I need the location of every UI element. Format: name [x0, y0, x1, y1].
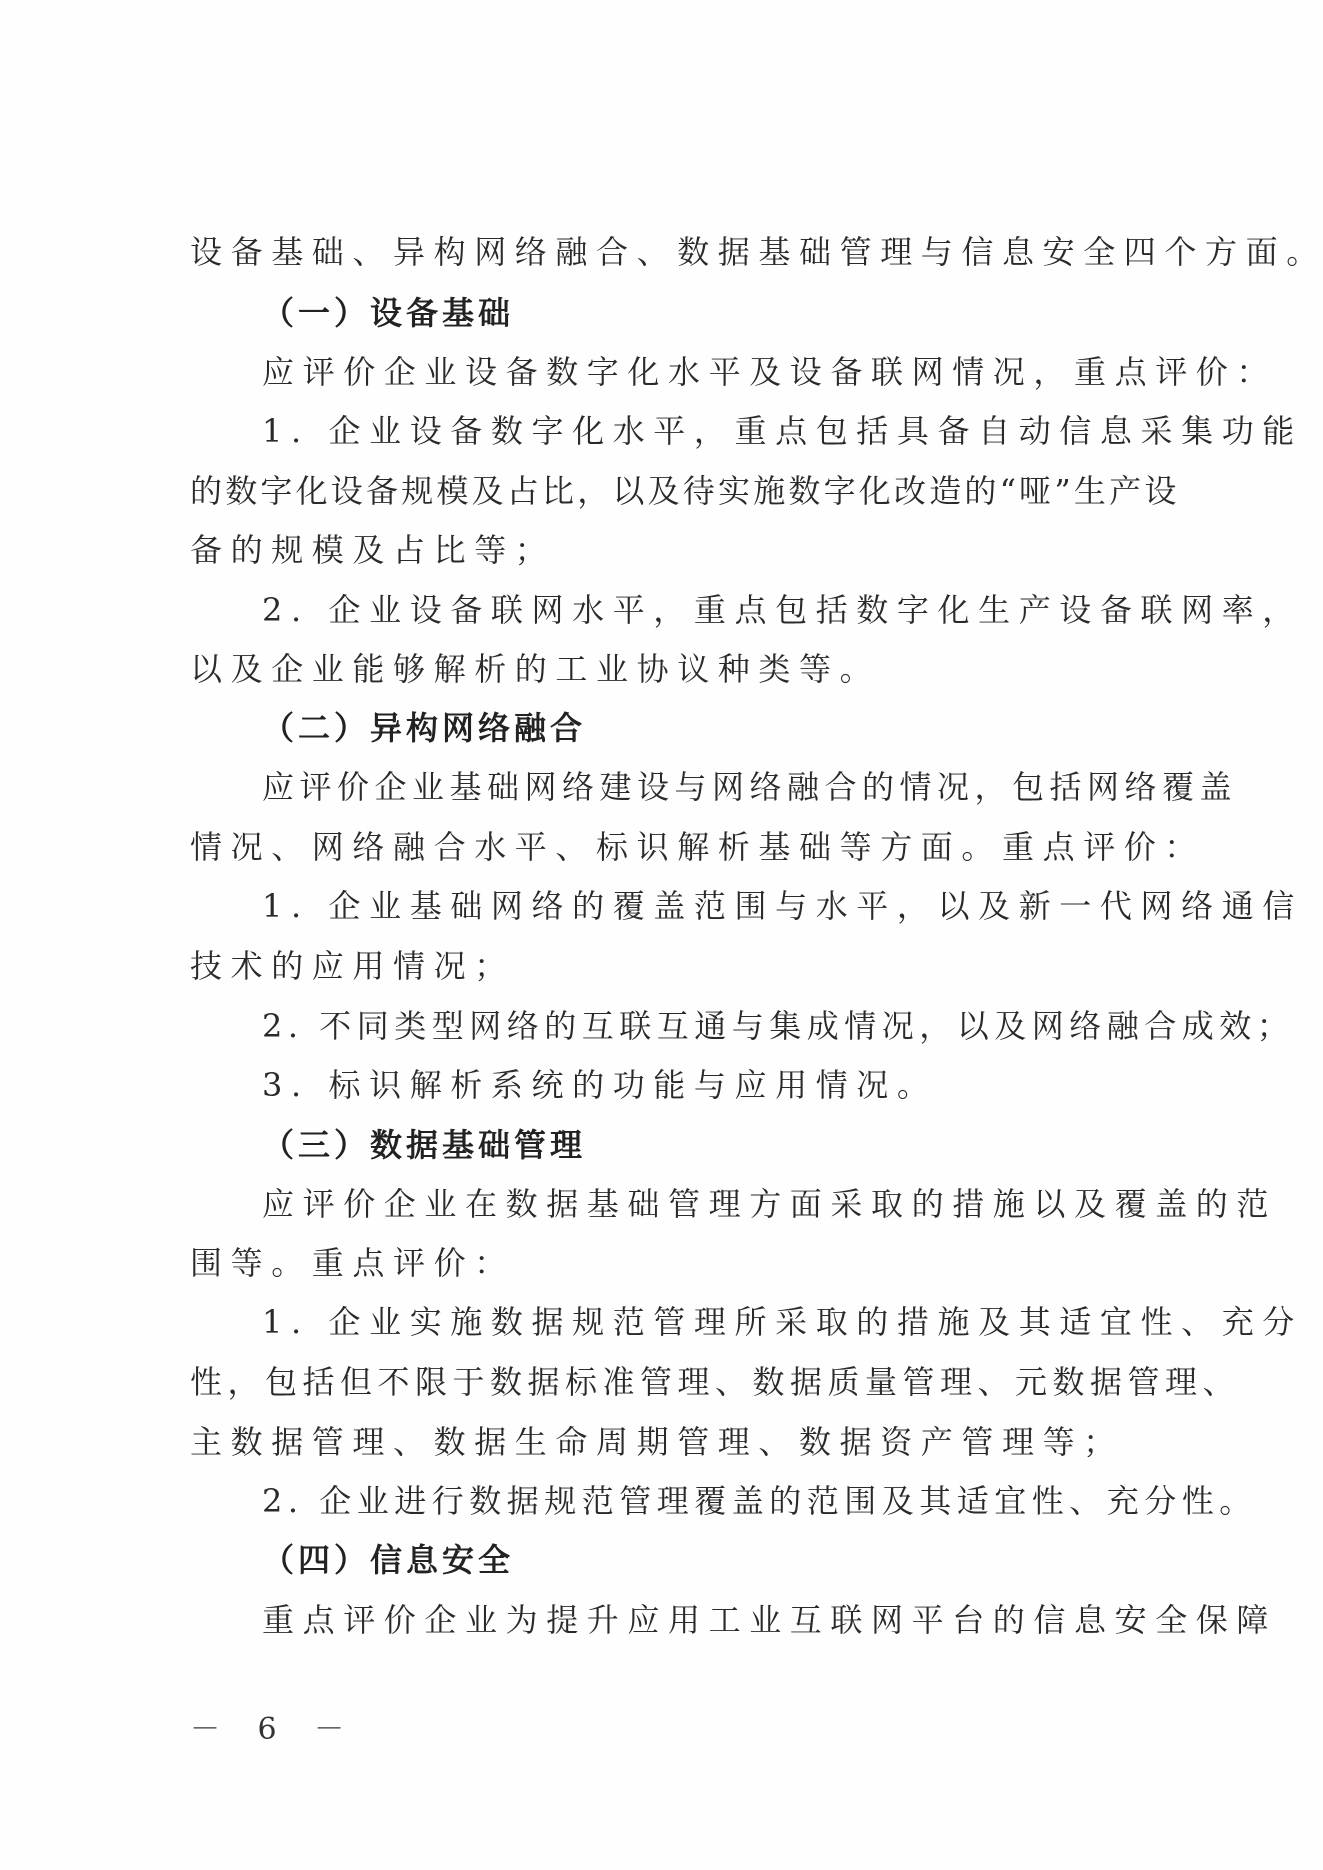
paragraph-line: 备的规模及占比等； — [190, 530, 555, 570]
paragraph-line: 重点评价企业为提升应用工业互联网平台的信息安全保障 — [262, 1600, 1277, 1640]
section-heading-network: （二）异构网络融合 — [262, 708, 586, 748]
paragraph-line: 性，包括但不限于数据标准管理、数据质量管理、元数据管理、 — [190, 1362, 1240, 1402]
list-item-line: 2. 企业进行数据规范管理覆盖的范围及其适宜性、充分性。 — [262, 1481, 1257, 1521]
list-item-line: 3. 标识解析系统的功能与应用情况。 — [262, 1065, 938, 1105]
paragraph-line: 围等。重点评价： — [190, 1243, 515, 1283]
list-item-line: 2. 企业设备联网水平，重点包括数字化生产设备联网率， — [262, 590, 1303, 630]
list-item-line: 2. 不同类型网络的互联互通与集成情况，以及网络融合成效； — [262, 1006, 1294, 1046]
paragraph-line: 的数字化设备规模及占比，以及待实施数字化改造的“哑”生产设 — [190, 471, 1180, 511]
paragraph-line: 以及企业能够解析的工业协议种类等。 — [190, 649, 880, 689]
section-heading-security: （四）信息安全 — [262, 1540, 514, 1580]
list-item-line: 1. 企业基础网络的覆盖范围与水平，以及新一代网络通信 — [262, 886, 1303, 926]
paragraph-line: 情况、网络融合水平、标识解析基础等方面。重点评价： — [190, 827, 1205, 867]
paragraph-line: 应评价企业设备数字化水平及设备联网情况，重点评价： — [262, 352, 1277, 392]
paragraph-line: 应评价企业在数据基础管理方面采取的措施以及覆盖的范 — [262, 1184, 1277, 1224]
section-heading-equipment: （一）设备基础 — [262, 293, 514, 333]
page-number: － 6 － — [190, 1704, 358, 1748]
paragraph-line: 技术的应用情况； — [190, 946, 515, 986]
paragraph-line: 主数据管理、数据生命周期管理、数据资产管理等； — [190, 1422, 1124, 1462]
document-page: 设备基础、异构网络融合、数据基础管理与信息安全四个方面。 （一）设备基础 应评价… — [0, 0, 1323, 1870]
paragraph-line: 应评价企业基础网络建设与网络融合的情况，包括网络覆盖 — [262, 767, 1237, 807]
section-heading-data: （三）数据基础管理 — [262, 1125, 586, 1165]
list-item-line: 1. 企业设备数字化水平，重点包括具备自动信息采集功能 — [262, 411, 1303, 451]
list-item-line: 1. 企业实施数据规范管理所采取的措施及其适宜性、充分 — [262, 1302, 1303, 1342]
paragraph-line: 设备基础、异构网络融合、数据基础管理与信息安全四个方面。 — [190, 232, 1323, 272]
